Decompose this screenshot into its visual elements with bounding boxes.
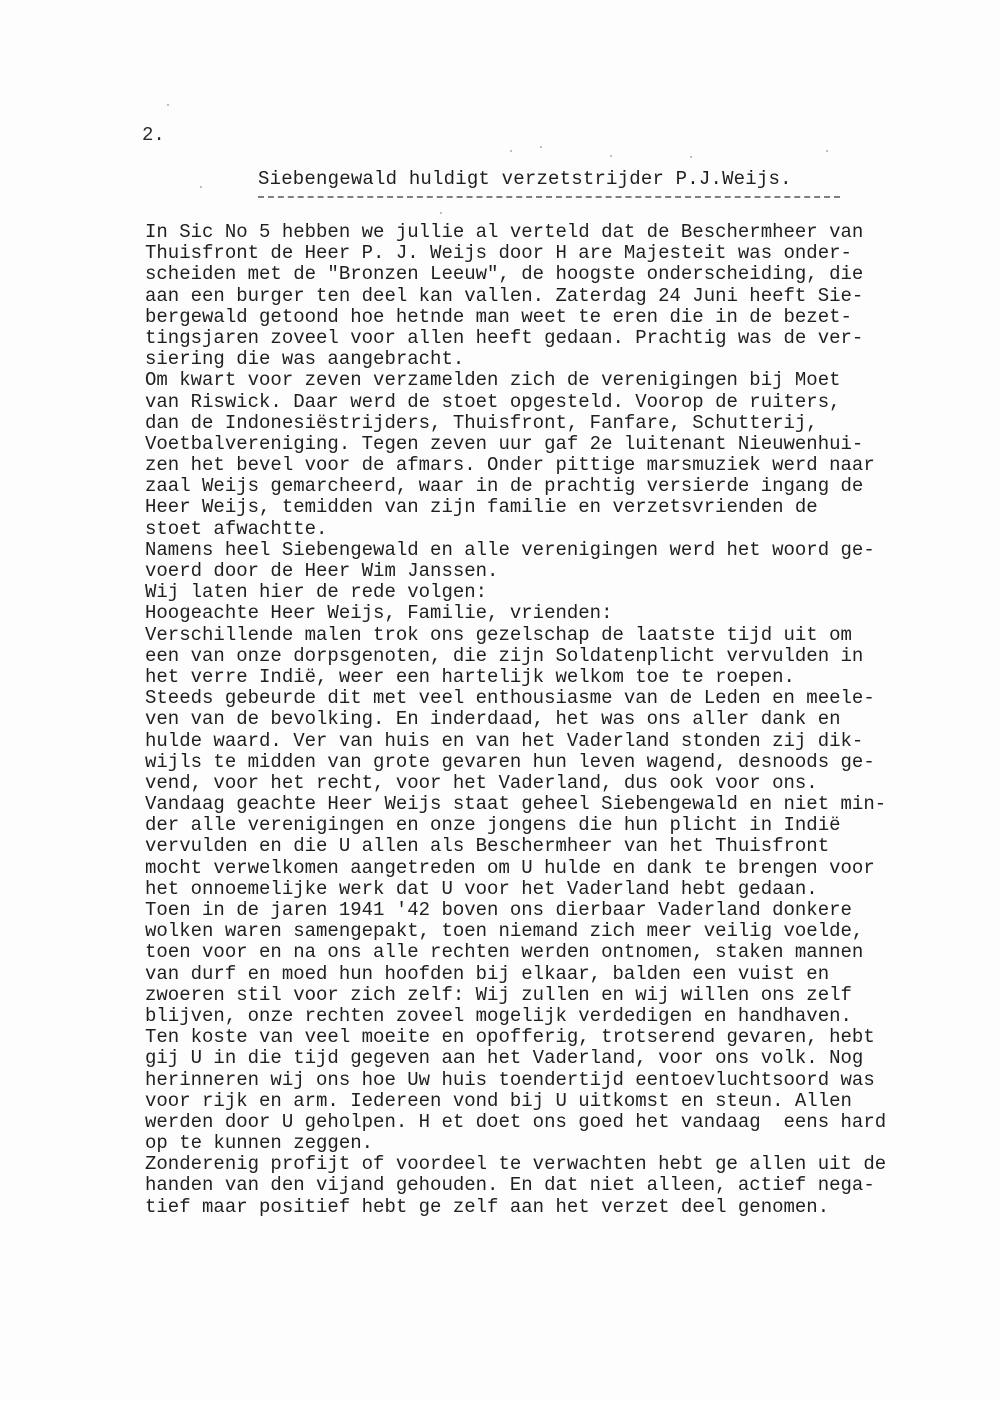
text-line: wolken waren samengepakt, toen niemand z… [145,921,975,942]
text-line: hulde waard. Ver van huis en van het Vad… [145,731,975,752]
text-line: voerd door de Heer Wim Janssen. [145,561,975,582]
scan-speck [690,156,692,158]
text-line: op te kunnen zeggen. [145,1133,975,1154]
text-line: gij U in die tijd gegeven aan het Vaderl… [145,1048,975,1069]
document-page: 2. Siebengewald huldigt verzetstrijder P… [0,0,1000,1401]
text-line: Verschillende malen trok ons gezelschap … [145,625,975,646]
text-line: vend, voor het recht, voor het Vaderland… [145,773,975,794]
text-line: scheiden met de "Bronzen Leeuw", de hoog… [145,264,975,285]
text-line: blijven, onze rechten zoveel mogelijk ve… [145,1006,975,1027]
text-line: zaal Weijs gemarcheerd, waar in de prach… [145,476,975,497]
text-line: van Riswick. Daar werd de stoet opgestel… [145,392,975,413]
text-line: mocht verwelkomen aangetreden om U hulde… [145,858,975,879]
text-line: Zonderenig profijt of voordeel te verwac… [145,1154,975,1175]
text-line: Vandaag geachte Heer Weijs staat geheel … [145,794,975,815]
text-line: zen het bevel voor de afmars. Onder pitt… [145,455,975,476]
text-line: Heer Weijs, temidden van zijn familie en… [145,497,975,518]
text-line: Voetbalvereniging. Tegen zeven uur gaf 2… [145,434,975,455]
text-line: handen van den vijand gehouden. En dat n… [145,1175,975,1196]
text-line: voor rijk en arm. Iedereen vond bij U ui… [145,1091,975,1112]
scan-speck [440,212,442,214]
scan-speck [200,186,202,188]
text-line: tief maar positief hebt ge zelf aan het … [145,1197,975,1218]
scan-speck [510,150,512,152]
text-line: Ten koste van veel moeite en opofferig, … [145,1027,975,1048]
text-line: stoet afwachtte. [145,519,975,540]
text-line: Hoogeachte Heer Weijs, Familie, vrienden… [145,603,975,624]
text-line: ven van de bevolking. En inderdaad, het … [145,709,975,730]
text-line: toen voor en na ons alle rechten werden … [145,942,975,963]
text-line: Thuisfront de Heer P. J. Weijs door H ar… [145,243,975,264]
scan-speck [826,150,828,152]
text-line: bergewald getoond hoe hetnde man weet te… [145,307,975,328]
text-line: tingsjaren zoveel voor allen heeft gedaa… [145,328,975,349]
text-line: vervulden en die U allen als Beschermhee… [145,836,975,857]
text-line: zwoeren stil voor zich zelf: Wij zullen … [145,985,975,1006]
text-line: het verre Indië, weer een hartelijk welk… [145,667,975,688]
page-number: 2. [142,124,165,146]
text-line: wijls te midden van grote gevaren hun le… [145,752,975,773]
text-line: Wij laten hier de rede volgen: [145,582,975,603]
text-line: dan de Indonesiëstrijders, Thuisfront, F… [145,413,975,434]
text-line: Toen in de jaren 1941 '42 boven ons dier… [145,900,975,921]
text-line: herinneren wij ons hoe Uw huis toenderti… [145,1070,975,1091]
scan-speck [540,146,542,148]
article-body: In Sic No 5 hebben we jullie al verteld … [145,222,975,1218]
text-line: In Sic No 5 hebben we jullie al verteld … [145,222,975,243]
text-line: Namens heel Siebengewald en alle verenig… [145,540,975,561]
text-line: een van onze dorpsgenoten, die zijn Sold… [145,646,975,667]
text-line: Steeds gebeurde dit met veel enthousiasm… [145,688,975,709]
scan-speck [610,155,612,157]
text-line: van durf en moed hun hoofden bij elkaar,… [145,964,975,985]
text-line: Om kwart voor zeven verzamelden zich de … [145,370,975,391]
scan-speck [167,104,169,106]
text-line: siering die was aangebracht. [145,349,975,370]
article-title: Siebengewald huldigt verzetstrijder P.J.… [258,168,792,190]
text-line: aan een burger ten deel kan vallen. Zate… [145,286,975,307]
text-line: het onnoemelijke werk dat U voor het Vad… [145,879,975,900]
title-underline [258,196,840,198]
text-line: werden door U geholpen. H et doet ons go… [145,1112,975,1133]
text-line: der alle verenigingen en onze jongens di… [145,815,975,836]
